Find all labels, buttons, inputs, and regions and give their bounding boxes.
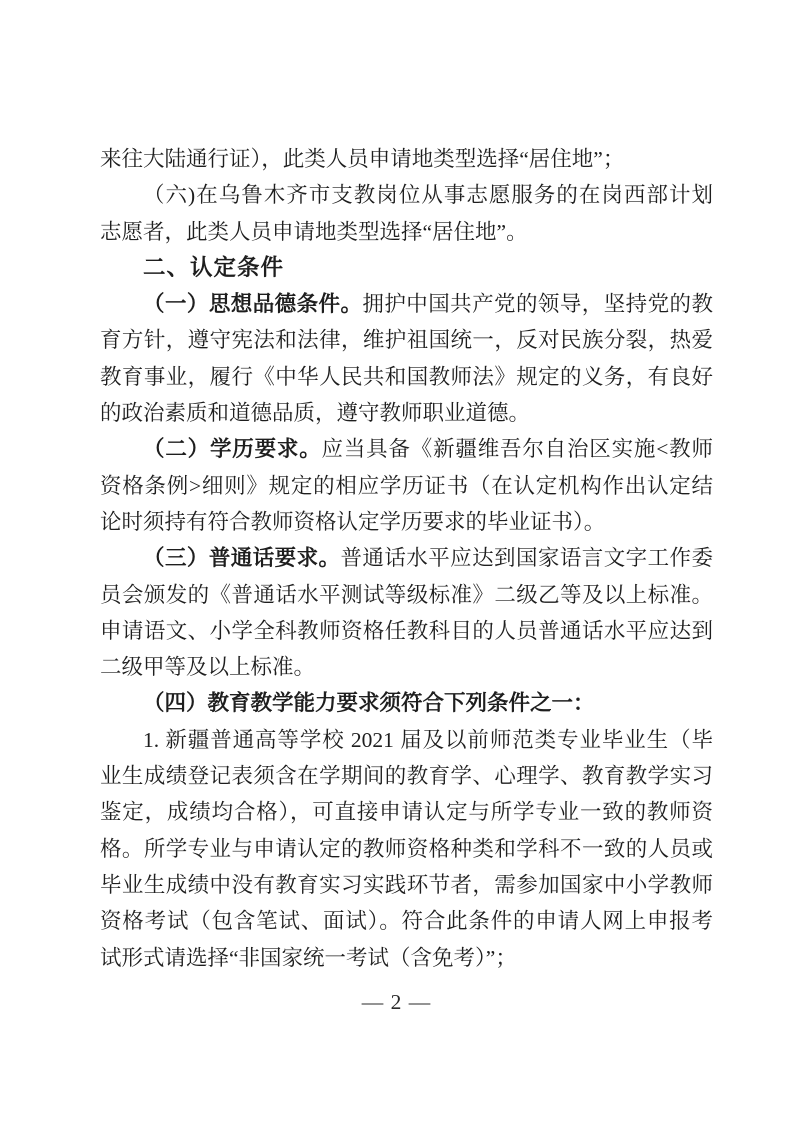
- body-text: 格。所学专业与申请认定的教师资格种类和学科不一致的人员或: [100, 837, 713, 861]
- body-text: 论时须持有符合教师资格认定学历要求的毕业证书）。: [100, 510, 605, 534]
- text-line: （四）教育教学能力要求须符合下列条件之一：: [100, 685, 713, 721]
- clause-lead: （二）学历要求。: [143, 437, 322, 461]
- text-line: 资格考试（包含笔试、面试）。符合此条件的申请人网上申报考: [100, 903, 713, 939]
- body-text: 鉴定，成绩均合格），可直接申请认定与所学专业一致的教师资: [100, 800, 713, 824]
- text-line: （六)在乌鲁木齐市支教岗位从事志愿服务的在岗西部计划: [100, 177, 713, 213]
- text-line: 论时须持有符合教师资格认定学历要求的毕业证书）。: [100, 504, 713, 540]
- document-body: 来往大陆通行证），此类人员申请地类型选择“居住地”；（六)在乌鲁木齐市支教岗位从…: [100, 141, 713, 976]
- body-text: 拥护中国共产党的领导，坚持党的教: [362, 292, 713, 316]
- body-text: 资格条例>细则》规定的相应学历证书（在认定机构作出认定结: [100, 474, 713, 498]
- text-line: 格。所学专业与申请认定的教师资格种类和学科不一致的人员或: [100, 831, 713, 867]
- body-text: （六)在乌鲁木齐市支教岗位从事志愿服务的在岗西部计划: [143, 183, 713, 207]
- body-text: 来往大陆通行证），此类人员申请地类型选择“居住地”；: [100, 147, 624, 171]
- body-text: 应当具备《新疆维吾尔自治区实施<教师: [322, 437, 713, 461]
- text-line: 志愿者，此类人员申请地类型选择“居住地”。: [100, 214, 713, 250]
- text-line: 毕业生成绩中没有教育实习实践环节者，需参加国家中小学教师: [100, 867, 713, 903]
- text-line: 育方针，遵守宪法和法律，维护祖国统一，反对民族分裂，热爱: [100, 322, 713, 358]
- text-line: 业生成绩登记表须含在学期间的教育学、心理学、教育教学实习: [100, 758, 713, 794]
- text-line: 教育事业，履行《中华人民共和国教师法》规定的义务，有良好: [100, 359, 713, 395]
- body-text: 员会颁发的《普通话水平测试等级标准》二级乙等及以上标准。: [100, 583, 713, 607]
- text-line: 资格条例>细则》规定的相应学历证书（在认定机构作出认定结: [100, 468, 713, 504]
- clause-lead: （三）普通话要求。: [143, 546, 340, 570]
- body-text: 1. 新疆普通高等学校 2021 届及以前师范类专业毕业生（毕: [143, 728, 713, 752]
- text-line: 试形式请选择“非国家统一考试（含免考）”；: [100, 940, 713, 976]
- text-line: 二、认定条件: [100, 250, 713, 286]
- body-text: 教育事业，履行《中华人民共和国教师法》规定的义务，有良好: [100, 365, 713, 389]
- text-line: 申请语文、小学全科教师资格任教科目的人员普通话水平应达到: [100, 613, 713, 649]
- page-number: — 2 —: [0, 990, 793, 1015]
- text-line: 的政治素质和道德品质，遵守教师职业道德。: [100, 395, 713, 431]
- text-line: （一）思想品德条件。拥护中国共产党的领导，坚持党的教: [100, 286, 713, 322]
- body-text: 二级甲等及以上标准。: [100, 655, 315, 679]
- body-text: 资格考试（包含笔试、面试）。符合此条件的申请人网上申报考: [100, 909, 713, 933]
- clause-lead: （四）教育教学能力要求须符合下列条件之一：: [143, 691, 595, 715]
- body-text: 普通话水平应达到国家语言文字工作委: [340, 546, 713, 570]
- text-line: 员会颁发的《普通话水平测试等级标准》二级乙等及以上标准。: [100, 577, 713, 613]
- body-text: 志愿者，此类人员申请地类型选择“居住地”。: [100, 220, 528, 244]
- body-text: 育方针，遵守宪法和法律，维护祖国统一，反对民族分裂，热爱: [100, 328, 713, 352]
- text-line: 二级甲等及以上标准。: [100, 649, 713, 685]
- body-text: 毕业生成绩中没有教育实习实践环节者，需参加国家中小学教师: [100, 873, 713, 897]
- body-text: 的政治素质和道德品质，遵守教师职业道德。: [100, 401, 530, 425]
- body-text: 业生成绩登记表须含在学期间的教育学、心理学、教育教学实习: [100, 764, 713, 788]
- text-line: （三）普通话要求。普通话水平应达到国家语言文字工作委: [100, 540, 713, 576]
- text-line: 鉴定，成绩均合格），可直接申请认定与所学专业一致的教师资: [100, 794, 713, 830]
- text-line: 1. 新疆普通高等学校 2021 届及以前师范类专业毕业生（毕: [100, 722, 713, 758]
- section-heading: 二、认定条件: [143, 255, 284, 280]
- body-text: 申请语文、小学全科教师资格任教科目的人员普通话水平应达到: [100, 619, 713, 643]
- body-text: 试形式请选择“非国家统一考试（含免考）”；: [100, 946, 517, 970]
- document-page: 来往大陆通行证），此类人员申请地类型选择“居住地”；（六)在乌鲁木齐市支教岗位从…: [0, 0, 793, 1122]
- text-line: 来往大陆通行证），此类人员申请地类型选择“居住地”；: [100, 141, 713, 177]
- text-line: （二）学历要求。应当具备《新疆维吾尔自治区实施<教师: [100, 431, 713, 467]
- clause-lead: （一）思想品德条件。: [143, 292, 362, 316]
